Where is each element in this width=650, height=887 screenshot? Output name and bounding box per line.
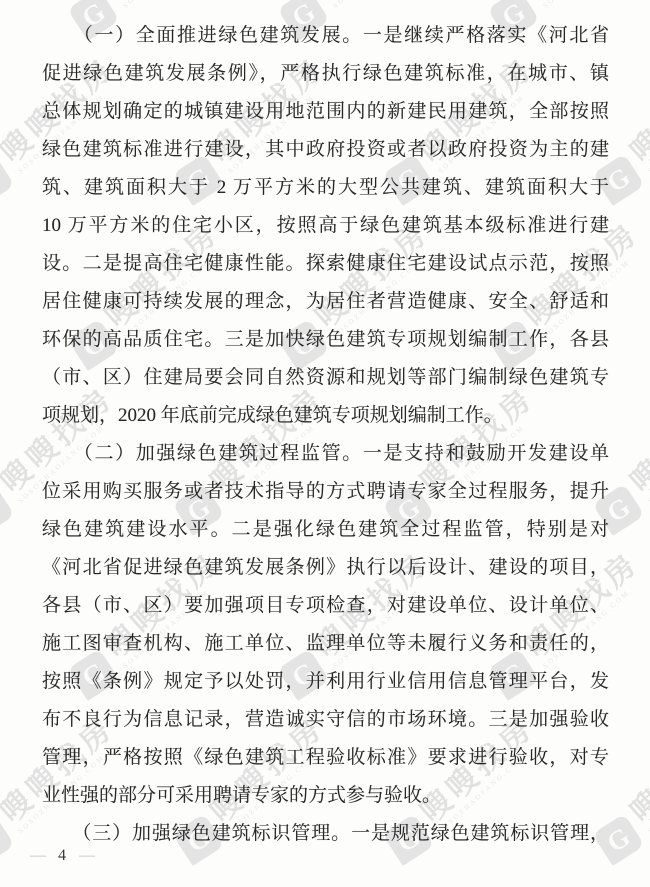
text-line: 筑、建筑面积大于 2 万平方米的大型公共建筑、建筑面积大于 bbox=[42, 169, 609, 207]
text-line: 各县（市、区）要加强项目专项检查，对建设单位、设计单位、 bbox=[42, 587, 609, 625]
text-line: 环保的高品质住宅。三是加快绿色建筑专项规划编制工作，各县 bbox=[42, 321, 609, 359]
page-number: 4 bbox=[58, 847, 66, 865]
text-line: （市、区）住建局要会同自然资源和规划等部门编制绿色建筑专 bbox=[42, 359, 609, 397]
text-line: （三）加强绿色建筑标识管理。一是规范绿色建筑标识管理， bbox=[42, 815, 609, 853]
text-line: 位采用购买服务或者技术指导的方式聘请专家全过程服务，提升 bbox=[42, 473, 609, 511]
text-line: 绿色建筑建设水平。二是强化绿色建筑全过程监管，特别是对 bbox=[42, 511, 609, 549]
text-line: 居住健康可持续发展的理念，为居住者营造健康、安全、舒适和 bbox=[42, 283, 609, 321]
text-line: 10 万平方米的住宅小区，按照高于绿色建筑基本级标准进行建 bbox=[42, 207, 609, 245]
footer-dash-right: — bbox=[79, 847, 94, 865]
text-line: 绿色建筑标准进行建设，其中政府投资或者以政府投资为主的建 bbox=[42, 131, 609, 169]
text-line: 按照《条例》规定予以处罚，并利用行业信用信息管理平台，发 bbox=[42, 663, 609, 701]
text-line: 《河北省促进绿色建筑发展条例》执行以后设计、建设的项目， bbox=[42, 549, 609, 587]
text-line: （一）全面推进绿色建筑发展。一是继续严格落实《河北省 bbox=[42, 17, 609, 55]
document-body: （一）全面推进绿色建筑发展。一是继续严格落实《河北省 促进绿色建筑发展条例》，严… bbox=[0, 0, 650, 853]
text-line: 管理，严格按照《绿色建筑工程验收标准》要求进行验收，对专 bbox=[42, 739, 609, 777]
text-line: 施工图审查机构、施工单位、监理单位等未履行义务和责任的， bbox=[42, 625, 609, 663]
text-line: 总体规划确定的城镇建设用地范围内的新建民用建筑，全部按照 bbox=[42, 93, 609, 131]
text-line: 项规划，2020 年底前完成绿色建筑专项规划编制工作。 bbox=[42, 397, 609, 435]
text-line: 设。二是提高住宅健康性能。探索健康住宅建设试点示范，按照 bbox=[42, 245, 609, 283]
text-line: 促进绿色建筑发展条例》，严格执行绿色建筑标准，在城市、镇 bbox=[42, 55, 609, 93]
text-line: 业性强的部分可采用聘请专家的方式参与验收。 bbox=[42, 777, 609, 815]
text-line: （二）加强绿色建筑过程监管。一是支持和鼓励开发建设单 bbox=[42, 435, 609, 473]
text-line: 布不良行为信息记录，营造诚实守信的市场环境。三是加强验收 bbox=[42, 701, 609, 739]
document-page: G嗖嗖找房SOSOZHAOFANG.COM G嗖嗖找房SOSOZHAOFANG.… bbox=[0, 0, 650, 887]
page-footer: — 4 — bbox=[30, 847, 94, 865]
footer-dash-left: — bbox=[30, 847, 45, 865]
